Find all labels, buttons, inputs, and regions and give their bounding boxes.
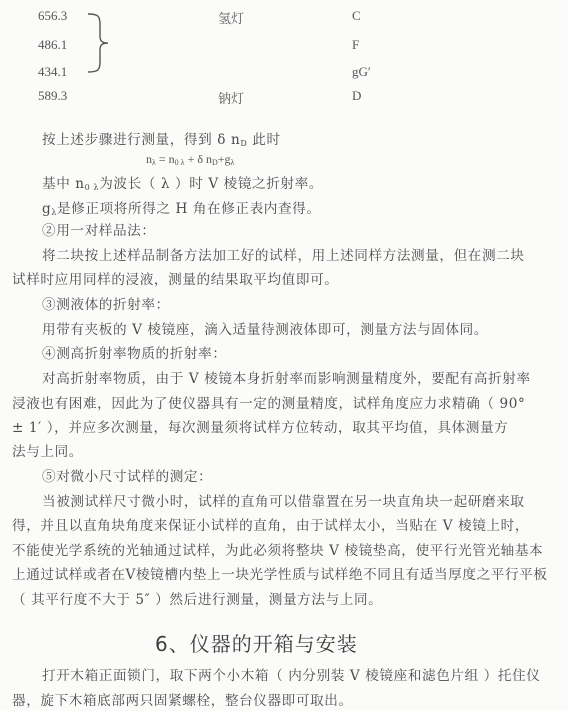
section-5-text: 当被测试样尺寸微小时，试样的直角可以借靠置在另一块直角块一起研磨来取 — [42, 490, 525, 510]
chapter-6-text: 器，旋下木箱底部两只固紧螺栓，整台仪器即可取出。 — [12, 689, 353, 709]
note-g: gλ是修正项将所得之 H 角在修正表内查得。 — [42, 197, 321, 217]
chapter-heading: 6、仪器的开箱与安装 — [155, 628, 358, 657]
spectral-line: D — [352, 88, 361, 104]
section-3-text: 用带有夹板的 V 棱镜座，滴入适量待测液体即可，测量方法与固体同。 — [42, 318, 488, 338]
curly-brace-icon — [84, 12, 124, 74]
spectral-line: F — [352, 37, 359, 53]
formula: nλ = n0 λ + δ nD+gλ — [146, 152, 234, 167]
measurement-intro: 按上述步骤进行测量，得到 δ nD 此时 — [42, 128, 281, 148]
section-4-text: 对高折射率物质，由于 V 棱镜本身折射率而影响测量精度外，要配有高折射率 — [42, 367, 531, 387]
lamp-name: 钠灯 — [218, 88, 244, 107]
section-3-title: ③测液体的折射率： — [42, 293, 170, 313]
wavelength-value: 589.3 — [38, 88, 67, 104]
section-2-text: 将二块按上述样品制备方法加工好的试样，用上述同样方法测量，但在测二块 — [42, 244, 525, 264]
note-n0: 基中 n0 λ为波长（ λ ）时 V 棱镜之折射率。 — [42, 172, 323, 192]
section-4-text: ± 1′ ），并应多次测量，每次测量须将试样方位转动，取其平均值，具体测量方 — [12, 416, 508, 436]
section-5-text: （ 其平行度不大于 5″ ）然后进行测量，测量方法与上同。 — [12, 588, 382, 608]
section-2-text: 试样时应用同样的浸液，测量的结果取平均值即可。 — [12, 268, 338, 288]
spectral-line: gG′ — [352, 64, 371, 80]
section-5-text: 不能使光学系统的光轴通过试样，为此必须将整块 V 棱镜垫高，使平行光管光轴基本 — [12, 539, 543, 559]
wavelength-value: 486.1 — [38, 37, 67, 53]
section-5-title: ⑤对微小尺寸试样的测定： — [42, 465, 212, 485]
wavelength-value: 434.1 — [38, 64, 67, 80]
section-5-text: 得，并且以直角块角度来保证小试样的直角，由于试样太小，当贴在 V 棱镜上时， — [12, 514, 529, 534]
section-4-text: 法与上同。 — [12, 440, 83, 460]
section-2-title: ②用一对样品法： — [42, 219, 156, 239]
section-4-text: 浸液也有困难，因此为了使仪器具有一定的测量精度，试样角度应力求精确（ 90° — [12, 392, 525, 412]
section-4-title: ④测高折射率物质的折射率： — [42, 342, 227, 362]
lamp-name: 氢灯 — [218, 8, 244, 27]
spectral-line: C — [352, 8, 361, 24]
wavelength-value: 656.3 — [38, 8, 67, 24]
chapter-6-text: 打开木箱正面锁门，取下两个小木箱（ 内分别装 V 棱镜座和滤色片组 ）托住仪 — [42, 664, 541, 684]
section-5-text: 上通过试样或者在V棱镜槽内垫上一块光学性质与试样绝不同且有适当厚度之平行平板 — [12, 563, 548, 583]
